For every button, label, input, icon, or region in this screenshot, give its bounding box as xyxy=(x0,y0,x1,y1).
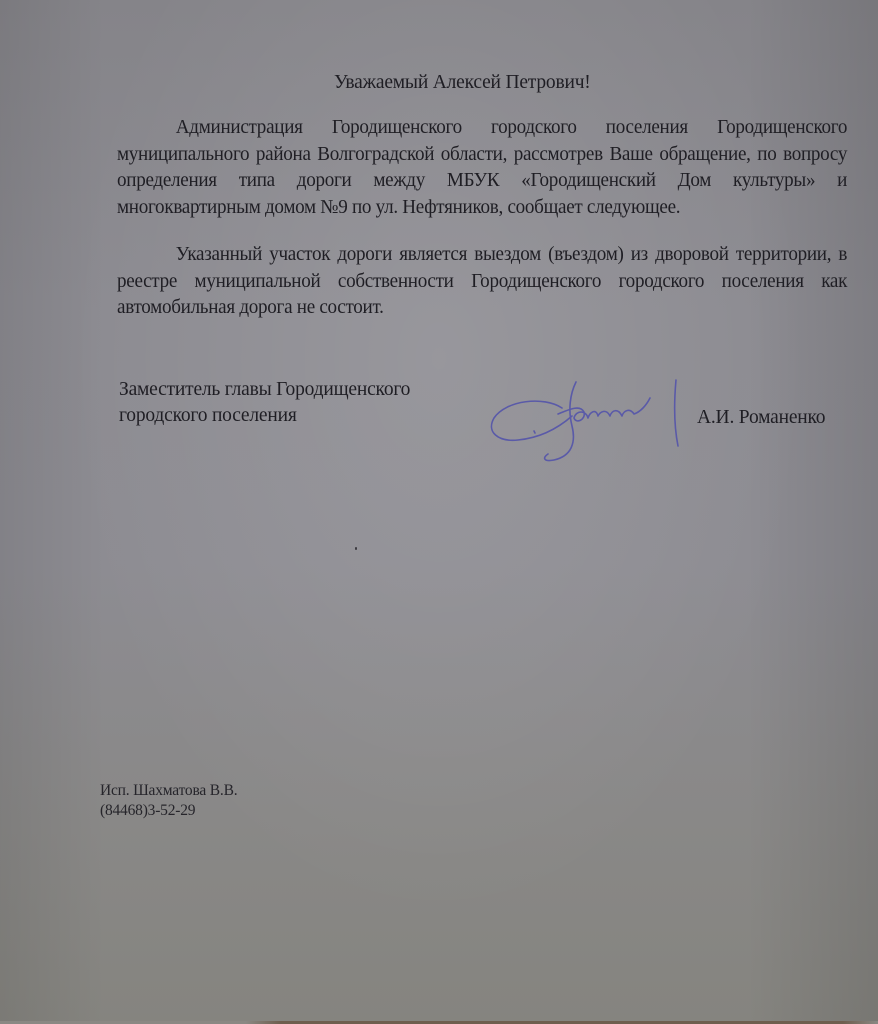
salutation: Уважаемый Алексей Петрович! xyxy=(334,70,591,96)
executor-name: Исп. Шахматова В.В. xyxy=(100,781,237,801)
signatory-title-line2: городского поселения xyxy=(119,403,410,429)
executor-phone: (84468)3-52-29 xyxy=(100,801,237,821)
paper-speck xyxy=(355,547,357,550)
paragraph-request-response: Администрация Городищенского городского … xyxy=(117,115,847,221)
paragraph-road-status: Указанный участок дороги является выездо… xyxy=(117,242,847,322)
signatory-title: Заместитель главы Городищенского городск… xyxy=(119,377,410,429)
signatory-name: А.И. Романенко xyxy=(697,405,825,431)
handwritten-signature-icon xyxy=(484,374,689,466)
letter-page: Уважаемый Алексей Петрович! Администраци… xyxy=(0,0,878,1024)
signatory-title-line1: Заместитель главы Городищенского xyxy=(119,377,410,403)
executor-block: Исп. Шахматова В.В. (84468)3-52-29 xyxy=(100,781,237,821)
